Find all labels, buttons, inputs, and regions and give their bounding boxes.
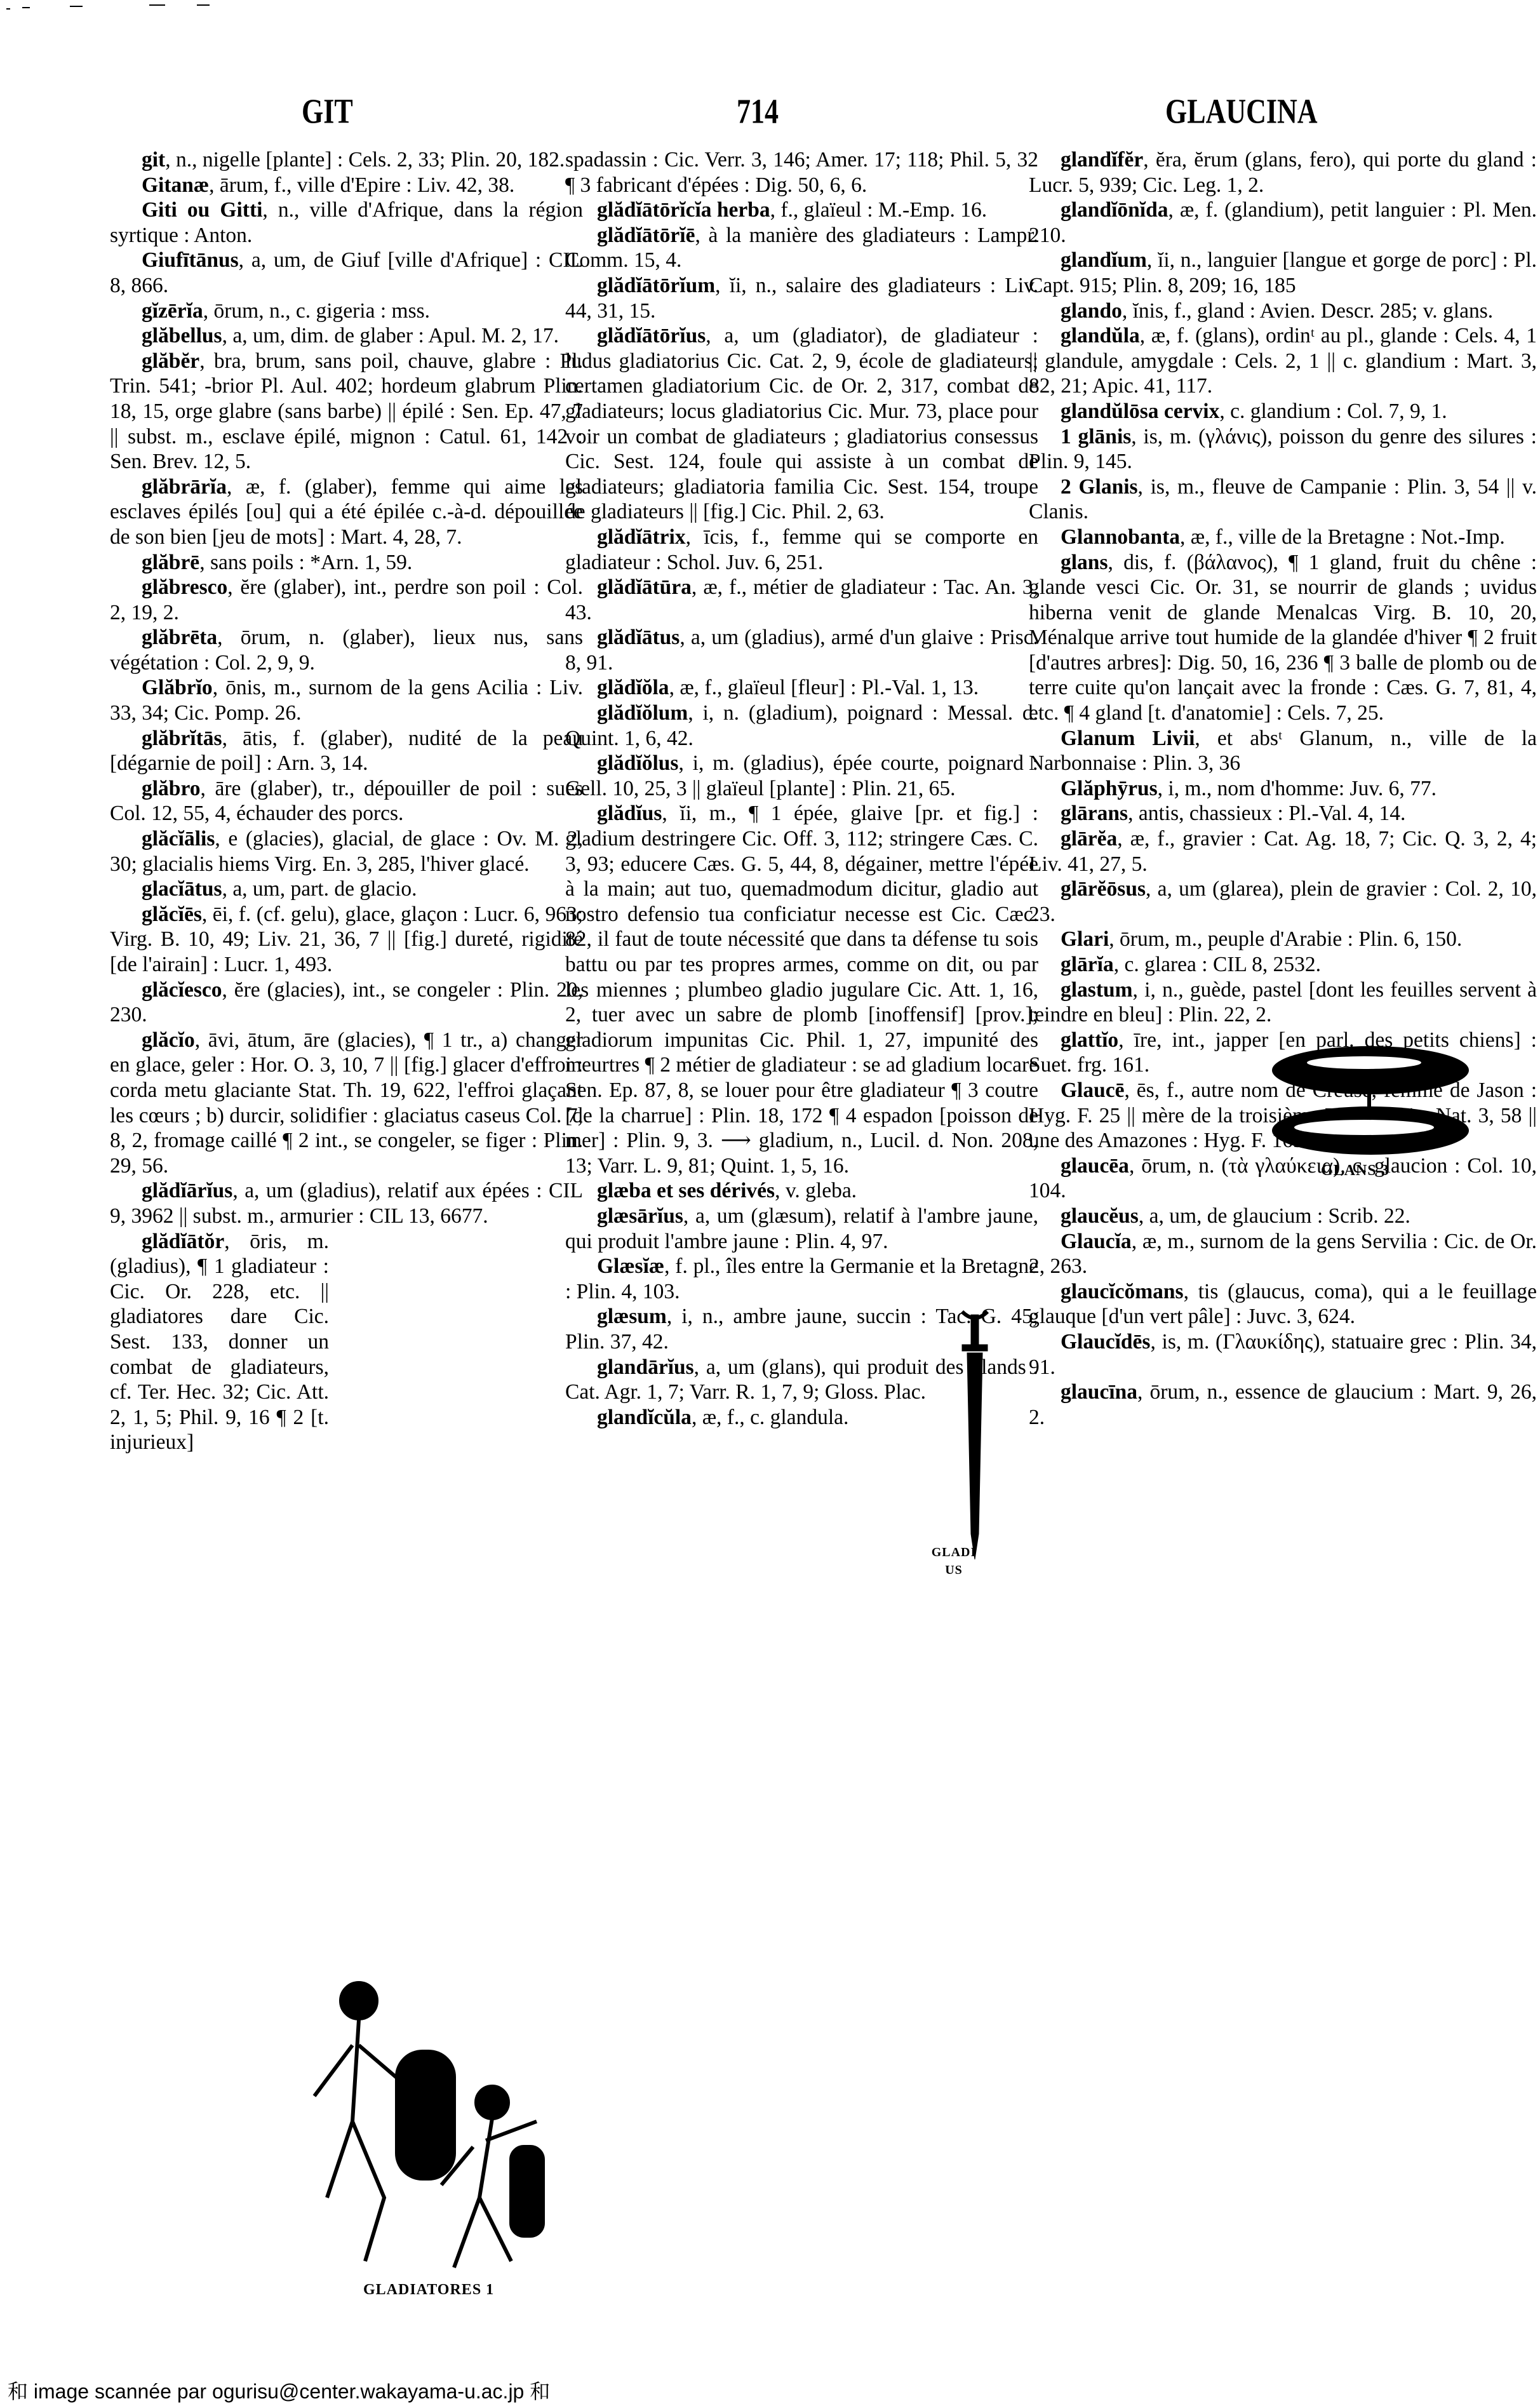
dictionary-entry: glădĭātŏr, ōris, m. (gladius), ¶ 1 gladi… [110, 1229, 329, 1455]
glans-illustration [1269, 1045, 1472, 1156]
headword: glandārĭus [597, 1355, 694, 1379]
headword: git [142, 148, 165, 171]
headword: Glannobanta [1061, 525, 1180, 549]
dictionary-entry: glandŭlōsa cervix, c. glandium : Col. 7,… [1029, 399, 1537, 424]
headword: glaucĭcŏmans [1061, 1280, 1184, 1303]
headword: glaucēa [1061, 1154, 1129, 1178]
headword: 1 glānis [1061, 425, 1131, 448]
headword: glădĭātrix [597, 525, 686, 549]
dictionary-entry: glacĭātus, a, um, part. de glacio. [110, 877, 583, 902]
headword: glacĭātus [142, 877, 222, 901]
headword: glădĭātūra [597, 575, 692, 599]
headword: 2 Glanis [1061, 475, 1138, 499]
dictionary-entry: Glannobanta, æ, f., ville de la Bretagne… [1029, 525, 1537, 550]
headword: glădĭārĭus [142, 1179, 232, 1202]
headword: glădĭus [597, 802, 662, 825]
dictionary-entry: glăcĭo, āvi, ātum, āre (glacies), ¶ 1 tr… [110, 1028, 583, 1179]
dictionary-entry: glădĭātōrĭē, à la manière des gladiateur… [565, 223, 1038, 273]
column-1: git, n., nigelle [plante] : Cels. 2, 33;… [110, 147, 583, 1455]
page-number: 714 [737, 91, 779, 132]
gladiators-caption: GLADIATORES 1 [363, 2282, 494, 2299]
dictionary-entry: glandĭum, ĭi, n., languier [langue et go… [1029, 248, 1537, 298]
dictionary-entry: glandŭla, æ, f. (glans), ordinᵗ au pl., … [1029, 323, 1537, 399]
headword: Giti ou Gitti [142, 198, 262, 222]
dictionary-entry: Giti ou Gitti, n., ville d'Afrique, dans… [110, 198, 583, 248]
headword: glădĭātōrĭum [597, 274, 715, 297]
dictionary-entry: glārans, antis, chassieux : Pl.-Val. 4, … [1029, 801, 1537, 826]
dictionary-entry: 2 Glanis, is, m., fleuve de Campanie : P… [1029, 474, 1537, 525]
headword: glandĭfĕr [1061, 148, 1143, 171]
headword: glaucĕus [1061, 1204, 1139, 1228]
dictionary-entry: glans, dis, f. (βάλανος), ¶ 1 gland, fru… [1029, 550, 1537, 726]
dictionary-entry: glaucĕus, a, um, de glaucium : Scrib. 22… [1029, 1204, 1537, 1229]
headword: glandĭōnĭda [1061, 198, 1168, 222]
dictionary-entry: Glaucĭa, æ, m., surnom de la gens Servil… [1029, 1229, 1537, 1279]
dictionary-entry: glăbrēta, ōrum, n. (glaber), lieux nus, … [110, 625, 583, 675]
dictionary-entry: glārĕōsus, a, um (glarea), plein de grav… [1029, 877, 1537, 927]
headword: glăbĕr [142, 349, 199, 373]
headword: Glæsĭæ [597, 1254, 664, 1278]
headword: glădĭŏlus [597, 751, 678, 775]
headword: glārĭa [1061, 953, 1114, 976]
dictionary-entry: glăbĕr, bra, brum, sans poil, chauve, gl… [110, 349, 583, 474]
dictionary-entry: Glari, ōrum, m., peuple d'Arabie : Plin.… [1029, 927, 1537, 952]
headword: glădĭātŏr [142, 1230, 224, 1253]
dictionary-entry: glăbresco, ĕre (glaber), int., perdre so… [110, 575, 583, 625]
headword: glădĭātōrĭē [597, 224, 695, 247]
dictionary-entry: 1 glānis, is, m. (γλάνις), poisson du ge… [1029, 424, 1537, 474]
headword: glārĕa [1061, 827, 1117, 850]
dictionary-entry: glădĭātrix, īcis, f., femme qui se compo… [565, 525, 1038, 575]
dictionary-entry: spadassin : Cic. Verr. 3, 146; Amer. 17;… [565, 147, 1038, 198]
dictionary-entry: glăbrē, sans poils : *Arn. 1, 59. [110, 550, 583, 575]
sword-caption: GLADIUS [928, 1543, 979, 1579]
headword: glăcĭēs [142, 903, 202, 926]
headword: glăbrē [142, 551, 199, 574]
dictionary-entry: glæsārĭus, a, um (glæsum), relatif à l'a… [565, 1204, 1038, 1254]
headword: Giufītānus [142, 248, 239, 272]
headword: glăbrĭtās [142, 727, 222, 750]
headword: glădĭŏlum [597, 701, 688, 725]
dictionary-entry: Glăphȳrus, i, m., nom d'homme: Juv. 6, 7… [1029, 776, 1537, 802]
dictionary-entry: glăbellus, a, um, dim. de glaber : Apul.… [110, 323, 583, 349]
dictionary-entry: glădĭŏlus, i, m. (gladius), épée courte,… [565, 751, 1038, 801]
headword: glando [1061, 299, 1122, 323]
headword: glastum [1061, 978, 1133, 1002]
headword: glandĭum [1061, 248, 1147, 272]
dictionary-entry: glădĭātōrĭus, a, um (gladiator), de glad… [565, 323, 1038, 525]
guide-word-left: GIT [302, 91, 353, 132]
headword: glārĕōsus [1061, 877, 1146, 901]
column-3: glandĭfĕr, ĕra, ĕrum (glans, fero), qui … [1029, 147, 1537, 1430]
headword: glăcĭesco [142, 978, 222, 1002]
headword: glandŭlōsa cervix [1061, 400, 1219, 423]
headword: glattĭo [1061, 1028, 1118, 1052]
headword: Glaucĭdēs [1061, 1330, 1150, 1354]
dictionary-entry: glando, ĭnis, f., gland : Avien. Descr. … [1029, 299, 1537, 324]
headword: Glari [1061, 927, 1109, 951]
headword: glăbrārĭa [142, 475, 227, 499]
headword: Gitanæ [142, 173, 209, 197]
headword: Glanum Livii [1061, 727, 1195, 750]
dictionary-entry: glaucēa, ōrum, n. (τὰ γλαύκεια), c. glau… [1029, 1153, 1537, 1204]
headword: gĭzērĭa [142, 299, 203, 323]
headword: glăbresco [142, 575, 227, 599]
dictionary-entry: glădĭātūra, æ, f., métier de gladiateur … [565, 575, 1038, 625]
scan-credit: 和 image scannée par ogurisu@center.wakay… [8, 2376, 550, 2405]
dictionary-entry: Glanum Livii, et absᵗ Glanum, n., ville … [1029, 726, 1537, 776]
dictionary-entry: Glaucĭdēs, is, m. (Γλαυκίδης), statuaire… [1029, 1329, 1537, 1380]
dictionary-entry: glārĭa, c. glarea : CIL 8, 2532. [1029, 952, 1537, 978]
headword: glădĭātus [597, 626, 680, 649]
dictionary-entry: glăbro, āre (glaber), tr., dépouiller de… [110, 776, 583, 826]
dictionary-entry: glăbrĭtās, ātis, f. (glaber), nudité de … [110, 726, 583, 776]
dictionary-entry: glăcĭālis, e (glacies), glacial, de glac… [110, 826, 583, 877]
glans-caption: GLANS 3 [1321, 1162, 1389, 1179]
headword: glădĭŏla [597, 676, 669, 699]
headword: glăbrēta [142, 626, 217, 649]
headword: glădĭātōrĭcĭa herba [597, 198, 770, 222]
dictionary-entry: glandĭfĕr, ĕra, ĕrum (glans, fero), qui … [1029, 147, 1537, 198]
column-2: spadassin : Cic. Verr. 3, 146; Amer. 17;… [565, 147, 1038, 1430]
dictionary-entry: glăcĭesco, ĕre (glacies), int., se conge… [110, 978, 583, 1028]
headword: glans [1061, 551, 1108, 574]
headword: glăbro [142, 777, 200, 800]
dictionary-entry: Glæsĭæ, f. pl., îles entre la Germanie e… [565, 1254, 1038, 1304]
dictionary-entry: glandĭōnĭda, æ, f. (glandium), petit lan… [1029, 198, 1537, 248]
scan-artifacts [0, 0, 635, 5]
dictionary-entry: glădĭārĭus, a, um (gladius), relatif aux… [110, 1178, 583, 1228]
dictionary-entry: glăcĭēs, ēi, f. (cf. gelu), glace, glaço… [110, 902, 583, 978]
dictionary-entry: glārĕa, æ, f., gravier : Cat. Ag. 18, 7;… [1029, 826, 1537, 877]
guide-word-right: GLAUCINA [1165, 91, 1318, 132]
headword: glădĭātōrĭus [597, 324, 706, 347]
headword: glandŭla [1061, 324, 1140, 347]
headword: Glaucē [1061, 1079, 1124, 1102]
headword: glæsum [597, 1305, 667, 1328]
dictionary-entry: glădĭātus, a, um (gladius), armé d'un gl… [565, 625, 1038, 675]
headword: glăcĭālis [142, 827, 215, 850]
headword: glăbellus [142, 324, 222, 347]
dictionary-entry: glădĭātōrĭcĭa herba, f., glaïeul : M.-Em… [565, 198, 1038, 223]
dictionary-entry: glădĭŏla, æ, f., glaïeul [fleur] : Pl.-V… [565, 675, 1038, 701]
dictionary-entry: glădĭŏlum, i, n. (gladium), poignard : M… [565, 701, 1038, 751]
headword: glæsārĭus [597, 1204, 683, 1228]
dictionary-entry: Giufītānus, a, um, de Giuf [ville d'Afri… [110, 248, 583, 298]
dictionary-entry: glădĭātōrĭum, ĭi, n., salaire des gladia… [565, 273, 1038, 323]
gladiators-illustration [302, 1956, 556, 2287]
headword: glæba et ses dérivés [597, 1179, 775, 1202]
headword: Glaucĭa [1061, 1230, 1132, 1253]
dictionary-entry: glăbrārĭa, æ, f. (glaber), femme qui aim… [110, 474, 583, 550]
dictionary-entry: gĭzērĭa, ōrum, n., c. gigeria : mss. [110, 299, 583, 324]
running-head: GIT 714 GLAUCINA [0, 89, 1540, 140]
headword: Glăphȳrus [1061, 777, 1158, 800]
headword: glandĭcŭla [597, 1406, 692, 1429]
headword: Glăbrĭo [142, 676, 213, 699]
dictionary-entry: glæba et ses dérivés, v. gleba. [565, 1178, 1038, 1204]
dictionary-entry: git, n., nigelle [plante] : Cels. 2, 33;… [110, 147, 583, 173]
dictionary-entry: glaucīna, ōrum, n., essence de glaucium … [1029, 1380, 1537, 1430]
dictionary-entry: glastum, i, n., guède, pastel [dont les … [1029, 978, 1537, 1028]
dictionary-entry: Glăbrĭo, ōnis, m., surnom de la gens Aci… [110, 675, 583, 725]
dictionary-entry: Gitanæ, ārum, f., ville d'Epire : Liv. 4… [110, 173, 583, 198]
headword: glārans [1061, 802, 1128, 825]
dictionary-entry: glaucĭcŏmans, tis (glaucus, coma), qui a… [1029, 1279, 1537, 1329]
sword-illustration [956, 1305, 994, 1566]
headword: glaucīna [1061, 1380, 1137, 1404]
dictionary-entry: glădĭus, ĭi, m., ¶ 1 épée, glaive [pr. e… [565, 801, 1038, 1178]
headword: glăcĭo [142, 1028, 195, 1052]
